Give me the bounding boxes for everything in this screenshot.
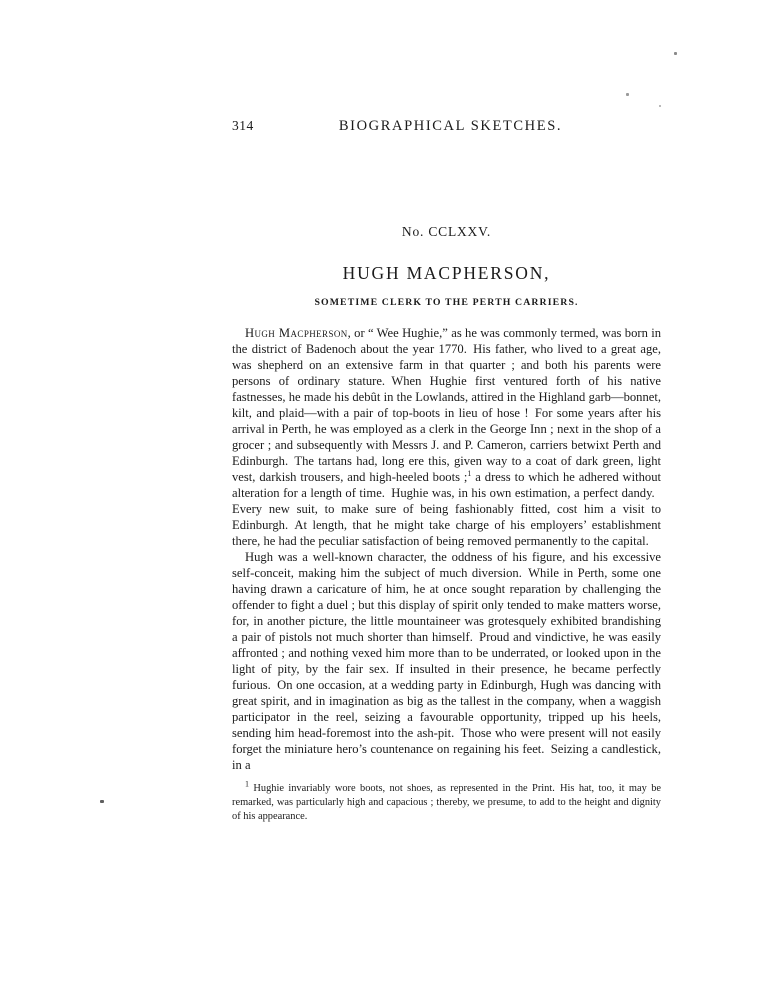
paragraph: Hugh was a well-known character, the odd… xyxy=(232,549,661,773)
article-title: HUGH MACPHERSON, xyxy=(232,263,661,284)
paragraph: Hugh Macpherson, or “ Wee Hughie,” as he… xyxy=(232,325,661,549)
text-run: Hugh was a well-known character, the odd… xyxy=(232,550,661,772)
footnote: 1 Hughie invariably wore boots, not shoe… xyxy=(232,782,661,824)
article-number: No. CCLXXV. xyxy=(232,224,661,240)
text-block: 314 BIOGRAPHICAL SKETCHES. No. CCLXXV. H… xyxy=(232,118,661,824)
lead-in-name: Hugh Macpherson xyxy=(245,326,348,340)
running-header: BIOGRAPHICAL SKETCHES. xyxy=(232,118,669,135)
paragraph: 1 Hughie invariably wore boots, not shoe… xyxy=(232,782,661,824)
book-page: 314 BIOGRAPHICAL SKETCHES. No. CCLXXV. H… xyxy=(0,0,782,1000)
scan-speck xyxy=(674,52,677,55)
scan-speck xyxy=(659,105,661,107)
text-run: Hughie invariably wore boots, not shoes,… xyxy=(232,783,661,822)
article-subtitle: SOMETIME CLERK TO THE PERTH CARRIERS. xyxy=(232,297,661,308)
scan-speck xyxy=(626,93,629,96)
scan-speck xyxy=(100,800,104,803)
running-head-row: 314 BIOGRAPHICAL SKETCHES. xyxy=(232,118,661,135)
body-text: Hugh Macpherson, or “ Wee Hughie,” as he… xyxy=(232,325,661,773)
text-run: , or “ Wee Hughie,” as he was commonly t… xyxy=(232,326,661,484)
